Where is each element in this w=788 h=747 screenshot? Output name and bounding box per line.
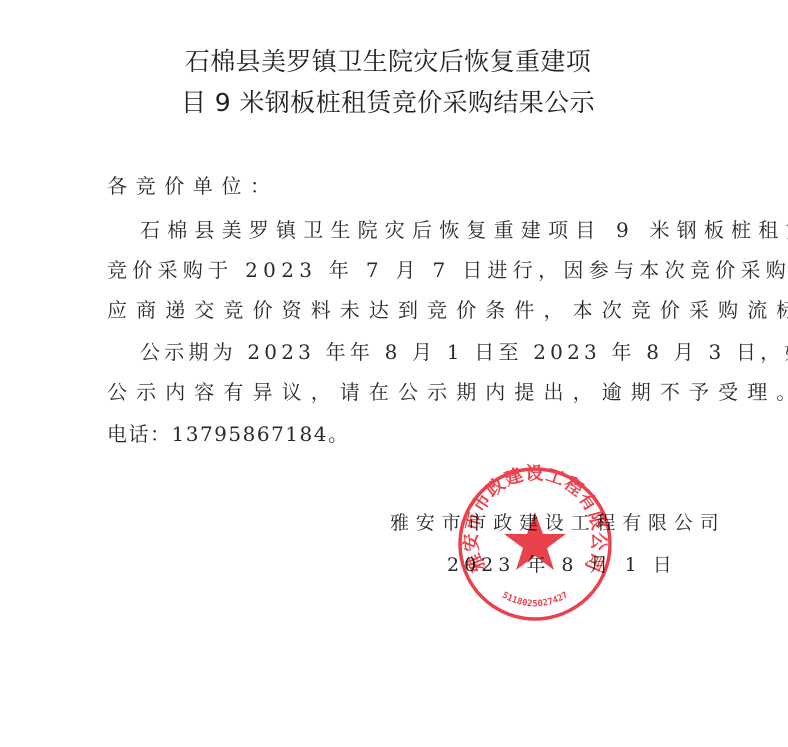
paragraph-2-line-2: 公示内容有异议，请在公示期内提出，逾期不予受理。投诉 [107, 378, 788, 406]
paragraph-1-line-1: 石棉县美罗镇卫生院灾后恢复重建项目 9 米钢板桩租赁 [140, 216, 788, 244]
seal-code: 5118025027427 [500, 591, 570, 610]
star-icon [504, 512, 566, 570]
official-seal-stamp: 雅安市市政建设工程有限公司 5118025027427 [455, 462, 615, 622]
paragraph-2-line-1: 公示期为 2023 年年 8 月 1 日至 2023 年 8 月 3 日，如对 [140, 338, 788, 366]
paragraph-1-line-3: 应商递交竞价资料未达到竞价条件，本次竞价采购流标。 [107, 296, 788, 324]
paragraph-2-line-3: 电话：13795867184。 [107, 420, 349, 448]
salutation: 各竞价单位： [107, 172, 279, 200]
document-title-line-2: 目 9 米钢板桩租赁竞价采购结果公示 [150, 83, 626, 123]
document-title-line-1: 石棉县美罗镇卫生院灾后恢复重建项 [150, 42, 626, 82]
paragraph-1-line-2: 竞价采购于 2023 年 7 月 7 日进行，因参与本次竞价采购的供 [107, 256, 788, 284]
